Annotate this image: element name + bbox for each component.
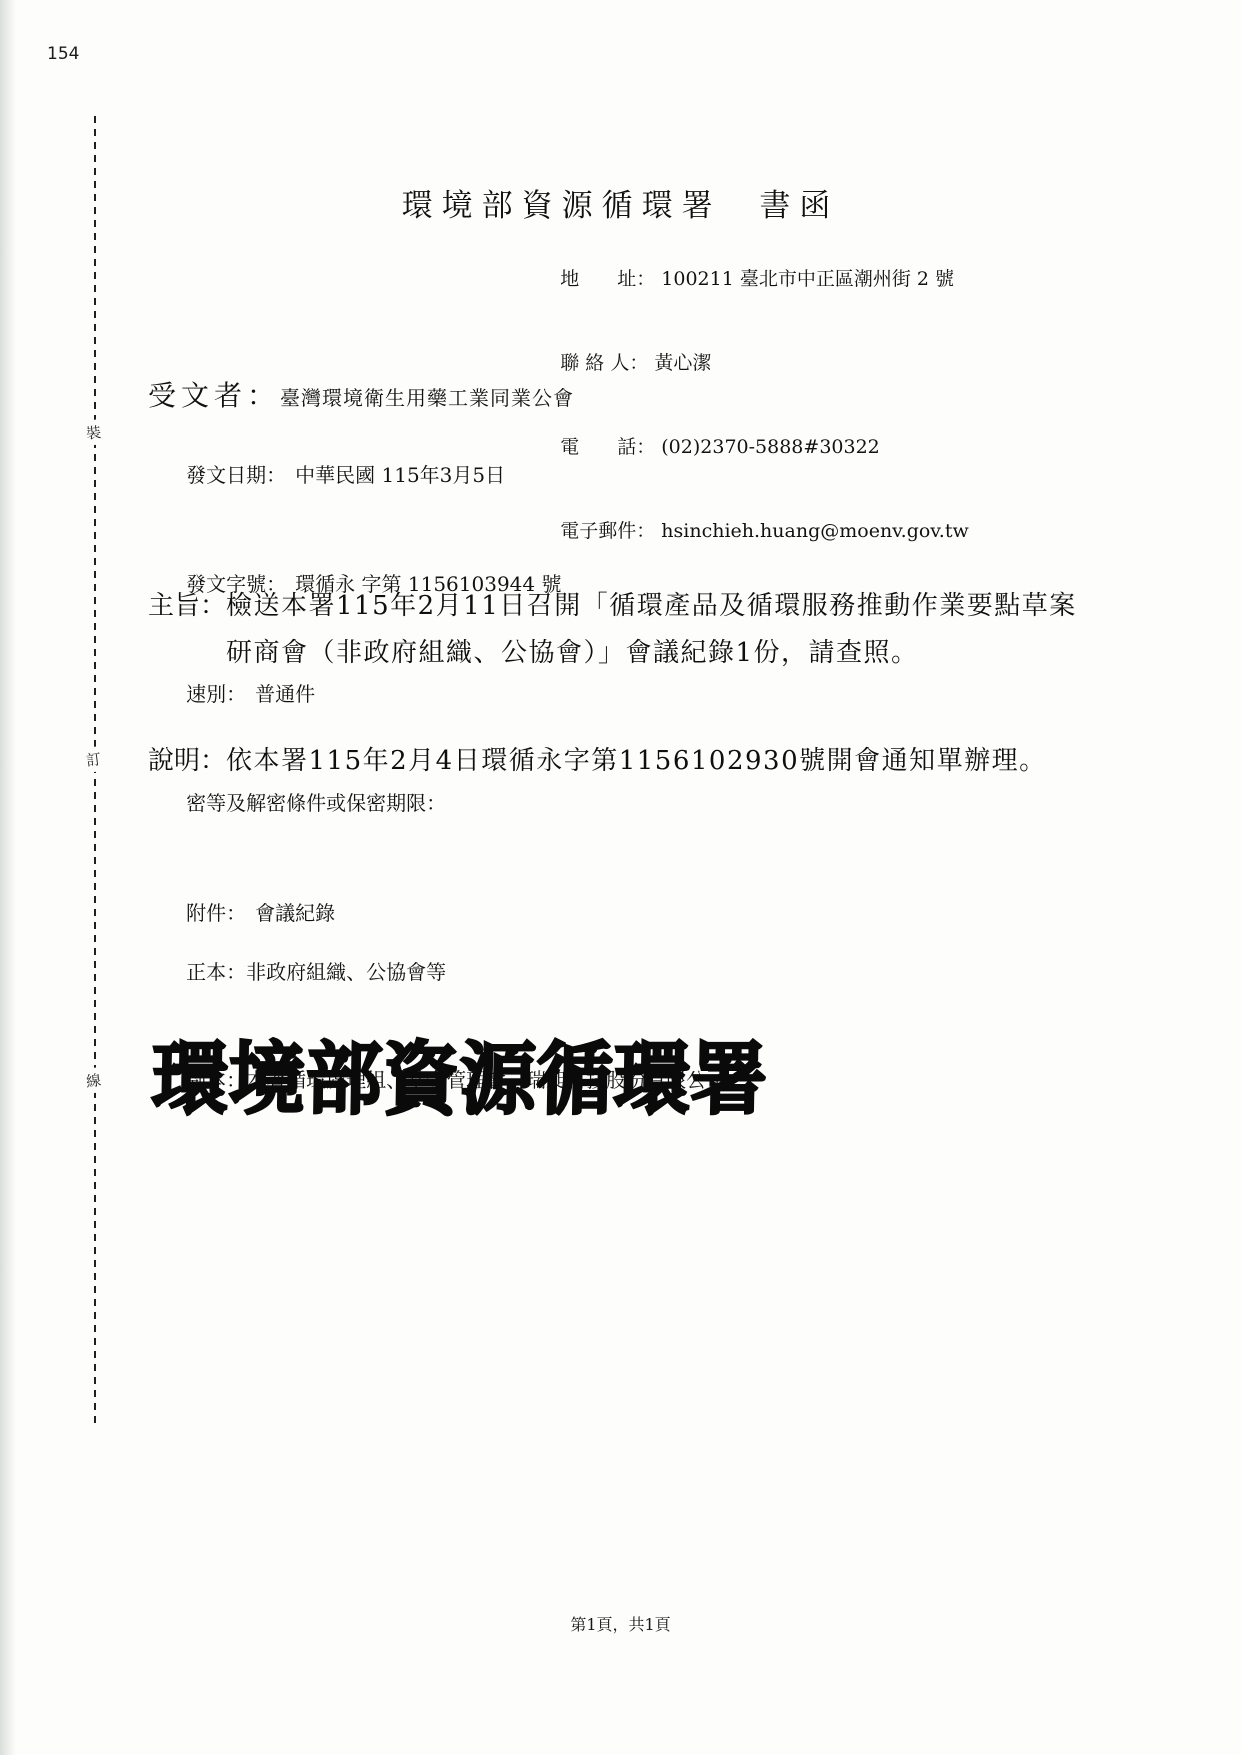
meta-issue-date-value: 中華民國 115年3月5日: [295, 463, 505, 487]
contact-email-label: 電子郵件：: [560, 517, 655, 545]
agency-calligraphy-stamp: 環境部資源循環署: [151, 1016, 769, 1129]
contact-address-label: 地 址：: [560, 265, 655, 293]
description-clause: 說明： 依本署115年2月4日環循永字第1156102930號開會通知單辦理。: [148, 738, 1078, 785]
subject-clause: 主旨： 檢送本署115年2月11日召開「循環產品及循環服務推動作業要點草案研商會…: [148, 583, 1078, 677]
recipient-label: 受文者：: [148, 379, 280, 412]
contact-person-label: 聯 絡 人：: [560, 349, 648, 377]
scanned-official-letter: 154 裝 訂 線 環境部資源循環署 書函 地 址：100211 臺北市中正區潮…: [0, 0, 1241, 1755]
contact-phone-line: 電 話：(02)2370-5888#30322: [524, 405, 969, 489]
meta-issue-date: 發文日期：中華民國 115年3月5日: [148, 420, 561, 530]
description-label: 說明：: [148, 738, 226, 785]
description-text: 依本署115年2月4日環循永字第1156102930號開會通知單辦理。: [226, 738, 1078, 785]
meta-priority-label: 速別：: [186, 682, 246, 706]
binding-mark-xian: 線: [85, 1067, 103, 1094]
meta-priority-value: 普通件: [255, 682, 315, 706]
meta-security-label: 密等及解密條件或保密期限：: [186, 791, 446, 815]
subject-label: 主旨：: [148, 583, 226, 630]
recipient-value: 臺灣環境衛生用藥工業同業公會: [280, 386, 574, 410]
original-copy-line: 正本：非政府組織、公協會等: [148, 918, 726, 1026]
contact-phone-value: (02)2370-5888#30322: [661, 436, 880, 458]
original-copy-value: 非政府組織、公協會等: [246, 960, 446, 984]
contact-person-line: 聯 絡 人：黃心潔: [524, 321, 969, 405]
recipient-line: 受文者：臺灣環境衛生用藥工業同業公會: [148, 374, 574, 414]
contact-email-value: hsinchieh.huang@moenv.gov.tw: [661, 520, 968, 542]
scan-edge-shading: [0, 0, 16, 1755]
contact-phone-label: 電 話：: [560, 433, 655, 461]
subject-text: 檢送本署115年2月11日召開「循環產品及循環服務推動作業要點草案研商會（非政府…: [226, 583, 1078, 677]
meta-issue-date-label: 發文日期：: [186, 463, 286, 487]
page-corner-number: 154: [47, 44, 79, 64]
page-footer: 第1頁，共1頁: [570, 1612, 670, 1635]
contact-email-line: 電子郵件：hsinchieh.huang@moenv.gov.tw: [524, 489, 969, 573]
binding-mark-ding: 訂: [85, 746, 103, 773]
contact-address-value: 100211 臺北市中正區潮州街 2 號: [661, 268, 954, 290]
document-metadata-block: 發文日期：中華民國 115年3月5日 發文字號：環循永 字第 115610394…: [148, 420, 561, 968]
agency-contact-block: 地 址：100211 臺北市中正區潮州街 2 號 聯 絡 人：黃心潔 電 話：(…: [524, 237, 969, 573]
contact-address-line: 地 址：100211 臺北市中正區潮州街 2 號: [524, 237, 969, 321]
contact-person-value: 黃心潔: [654, 352, 711, 374]
original-copy-label: 正本：: [186, 960, 246, 984]
document-title: 環境部資源循環署 書函: [0, 180, 1241, 225]
binding-mark-zhuang: 裝: [85, 419, 103, 446]
